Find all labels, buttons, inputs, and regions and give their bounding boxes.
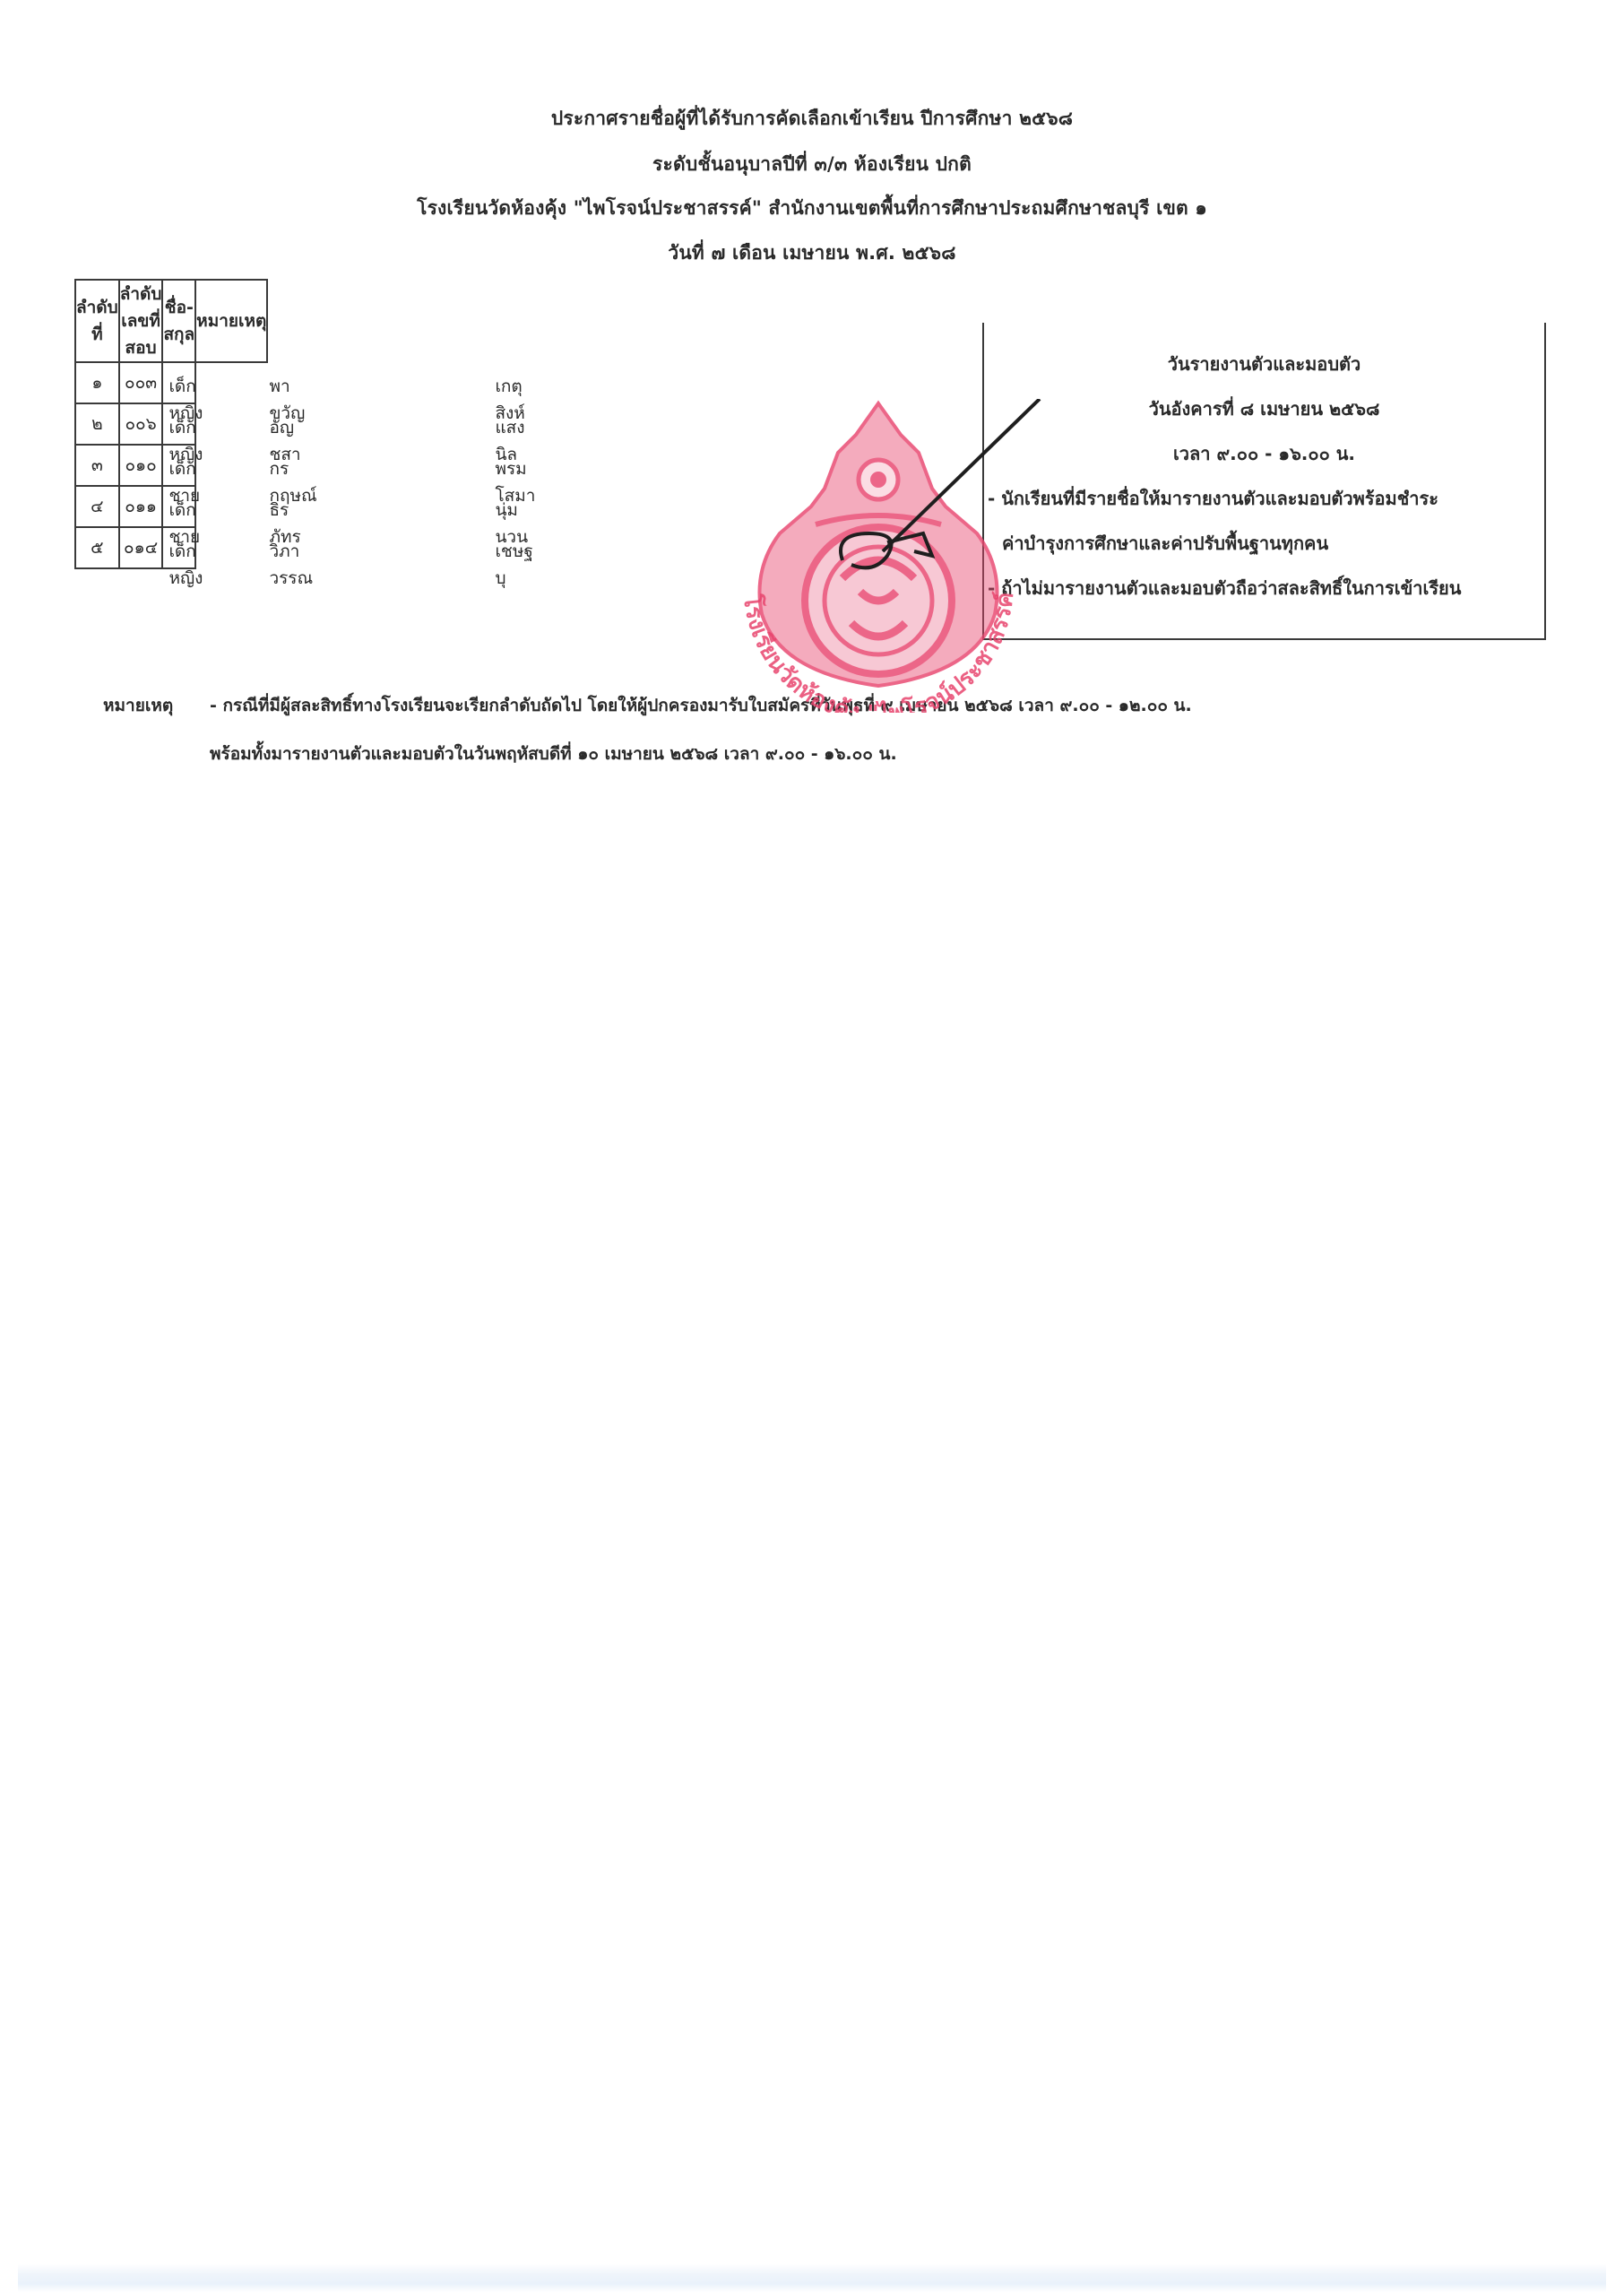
title-line-1: ประกาศรายชื่อผู้ที่ได้รับการคัดเลือกเข้า… xyxy=(0,104,1624,134)
name-prefix: เด็กหญิง xyxy=(168,538,203,592)
table-header-row: ลำดับที่ ลำดับเลขที่สอบ ชื่อ-สกุล หมายเห… xyxy=(75,280,267,362)
report-day-title: วันรายงานตัวและมอบตัว xyxy=(984,350,1544,378)
table-row: ๑ ๐๐๓ เด็กหญิง พาขวัญ เกตุสิงห์ xyxy=(75,362,267,403)
stamp-text: โรงเรียนวัดห้องคุ้ง "ไพโรจน์ประชาสรรค์" xyxy=(708,399,1019,713)
title-line-2: ระดับชั้นอนุบาลปีที่ ๓/๓ ห้องเรียน ปกติ xyxy=(0,150,1624,179)
name-cell: เด็กหญิง วิภาวรรณ เชษฐบุ xyxy=(162,527,195,568)
announcement-date: วันที่ ๗ เดือน เมษายน พ.ศ. ๒๕๖๘ xyxy=(0,238,1624,268)
order-cell: ๔ xyxy=(75,486,119,527)
footer-note-line-1: - กรณีที่มีผู้สละสิทธิ์ทางโรงเรียนจะเรีย… xyxy=(210,692,1192,719)
name-cell: เด็กหญิง อัญชสา แสงนิล xyxy=(162,403,195,445)
table-row: ๒ ๐๐๖ เด็กหญิง อัญชสา แสงนิล xyxy=(75,403,267,445)
remark-note-1: - นักเรียนที่มีรายชื่อให้มารายงานตัวและม… xyxy=(988,484,1438,513)
scan-edge-band xyxy=(18,2264,1606,2292)
results-table: ลำดับที่ ลำดับเลขที่สอบ ชื่อ-สกุล หมายเห… xyxy=(74,279,268,569)
order-cell: ๒ xyxy=(75,403,119,445)
col-header-name: ชื่อ-สกุล xyxy=(162,280,195,362)
first-name: วิภาวรรณ xyxy=(269,538,313,592)
table-row: ๕ ๐๑๔ เด็กหญิง วิภาวรรณ เชษฐบุ xyxy=(75,527,267,568)
col-header-exam-number: ลำดับเลขที่สอบ xyxy=(119,280,163,362)
table-row: ๔ ๐๑๑ เด็กชาย ธิรภัทร นุ่มนวน xyxy=(75,486,267,527)
name-cell: เด็กชาย กรกฤษณ์ พรมโสมา xyxy=(162,445,195,486)
exam-number-cell: ๐๐๓ xyxy=(119,362,163,403)
order-cell: ๓ xyxy=(75,445,119,486)
col-header-order: ลำดับที่ xyxy=(75,280,119,362)
name-cell: เด็กชาย ธิรภัทร นุ่มนวน xyxy=(162,486,195,527)
report-date: วันอังคารที่ ๘ เมษายน ๒๕๖๘ xyxy=(984,394,1544,423)
remarks-cell: วันรายงานตัวและมอบตัว วันอังคารที่ ๘ เมษ… xyxy=(982,323,1546,640)
footer-note-line-2: พร้อมทั้งมารายงานตัวและมอบตัวในวันพฤหัสบ… xyxy=(210,740,897,767)
order-cell: ๕ xyxy=(75,527,119,568)
col-header-remarks: หมายเหตุ xyxy=(195,280,267,362)
remark-note-2: - ถ้าไม่มารายงานตัวและมอบตัวถือว่าสละสิท… xyxy=(988,574,1461,602)
exam-number-cell: ๐๑๑ xyxy=(119,486,163,527)
exam-number-cell: ๐๐๖ xyxy=(119,403,163,445)
exam-number-cell: ๐๑๔ xyxy=(119,527,163,568)
last-name: เชษฐบุ xyxy=(495,538,532,592)
report-time: เวลา ๙.๐๐ - ๑๖.๐๐ น. xyxy=(984,439,1544,468)
title-line-3: โรงเรียนวัดห้องคุ้ง "ไพโรจน์ประชาสรรค์" … xyxy=(0,194,1624,223)
order-cell: ๑ xyxy=(75,362,119,403)
name-cell: เด็กหญิง พาขวัญ เกตุสิงห์ xyxy=(162,362,195,403)
table-row: ๓ ๐๑๐ เด็กชาย กรกฤษณ์ พรมโสมา xyxy=(75,445,267,486)
exam-number-cell: ๐๑๐ xyxy=(119,445,163,486)
remark-note-1-continued: ค่าบำรุงการศึกษาและค่าปรับพื้นฐานทุกคน xyxy=(1002,529,1328,558)
footer-note-label: หมายเหตุ xyxy=(103,692,173,719)
svg-text:โรงเรียนวัดห้องคุ้ง "ไพโรจน์ปร: โรงเรียนวัดห้องคุ้ง "ไพโรจน์ประชาสรรค์" xyxy=(708,399,1019,713)
